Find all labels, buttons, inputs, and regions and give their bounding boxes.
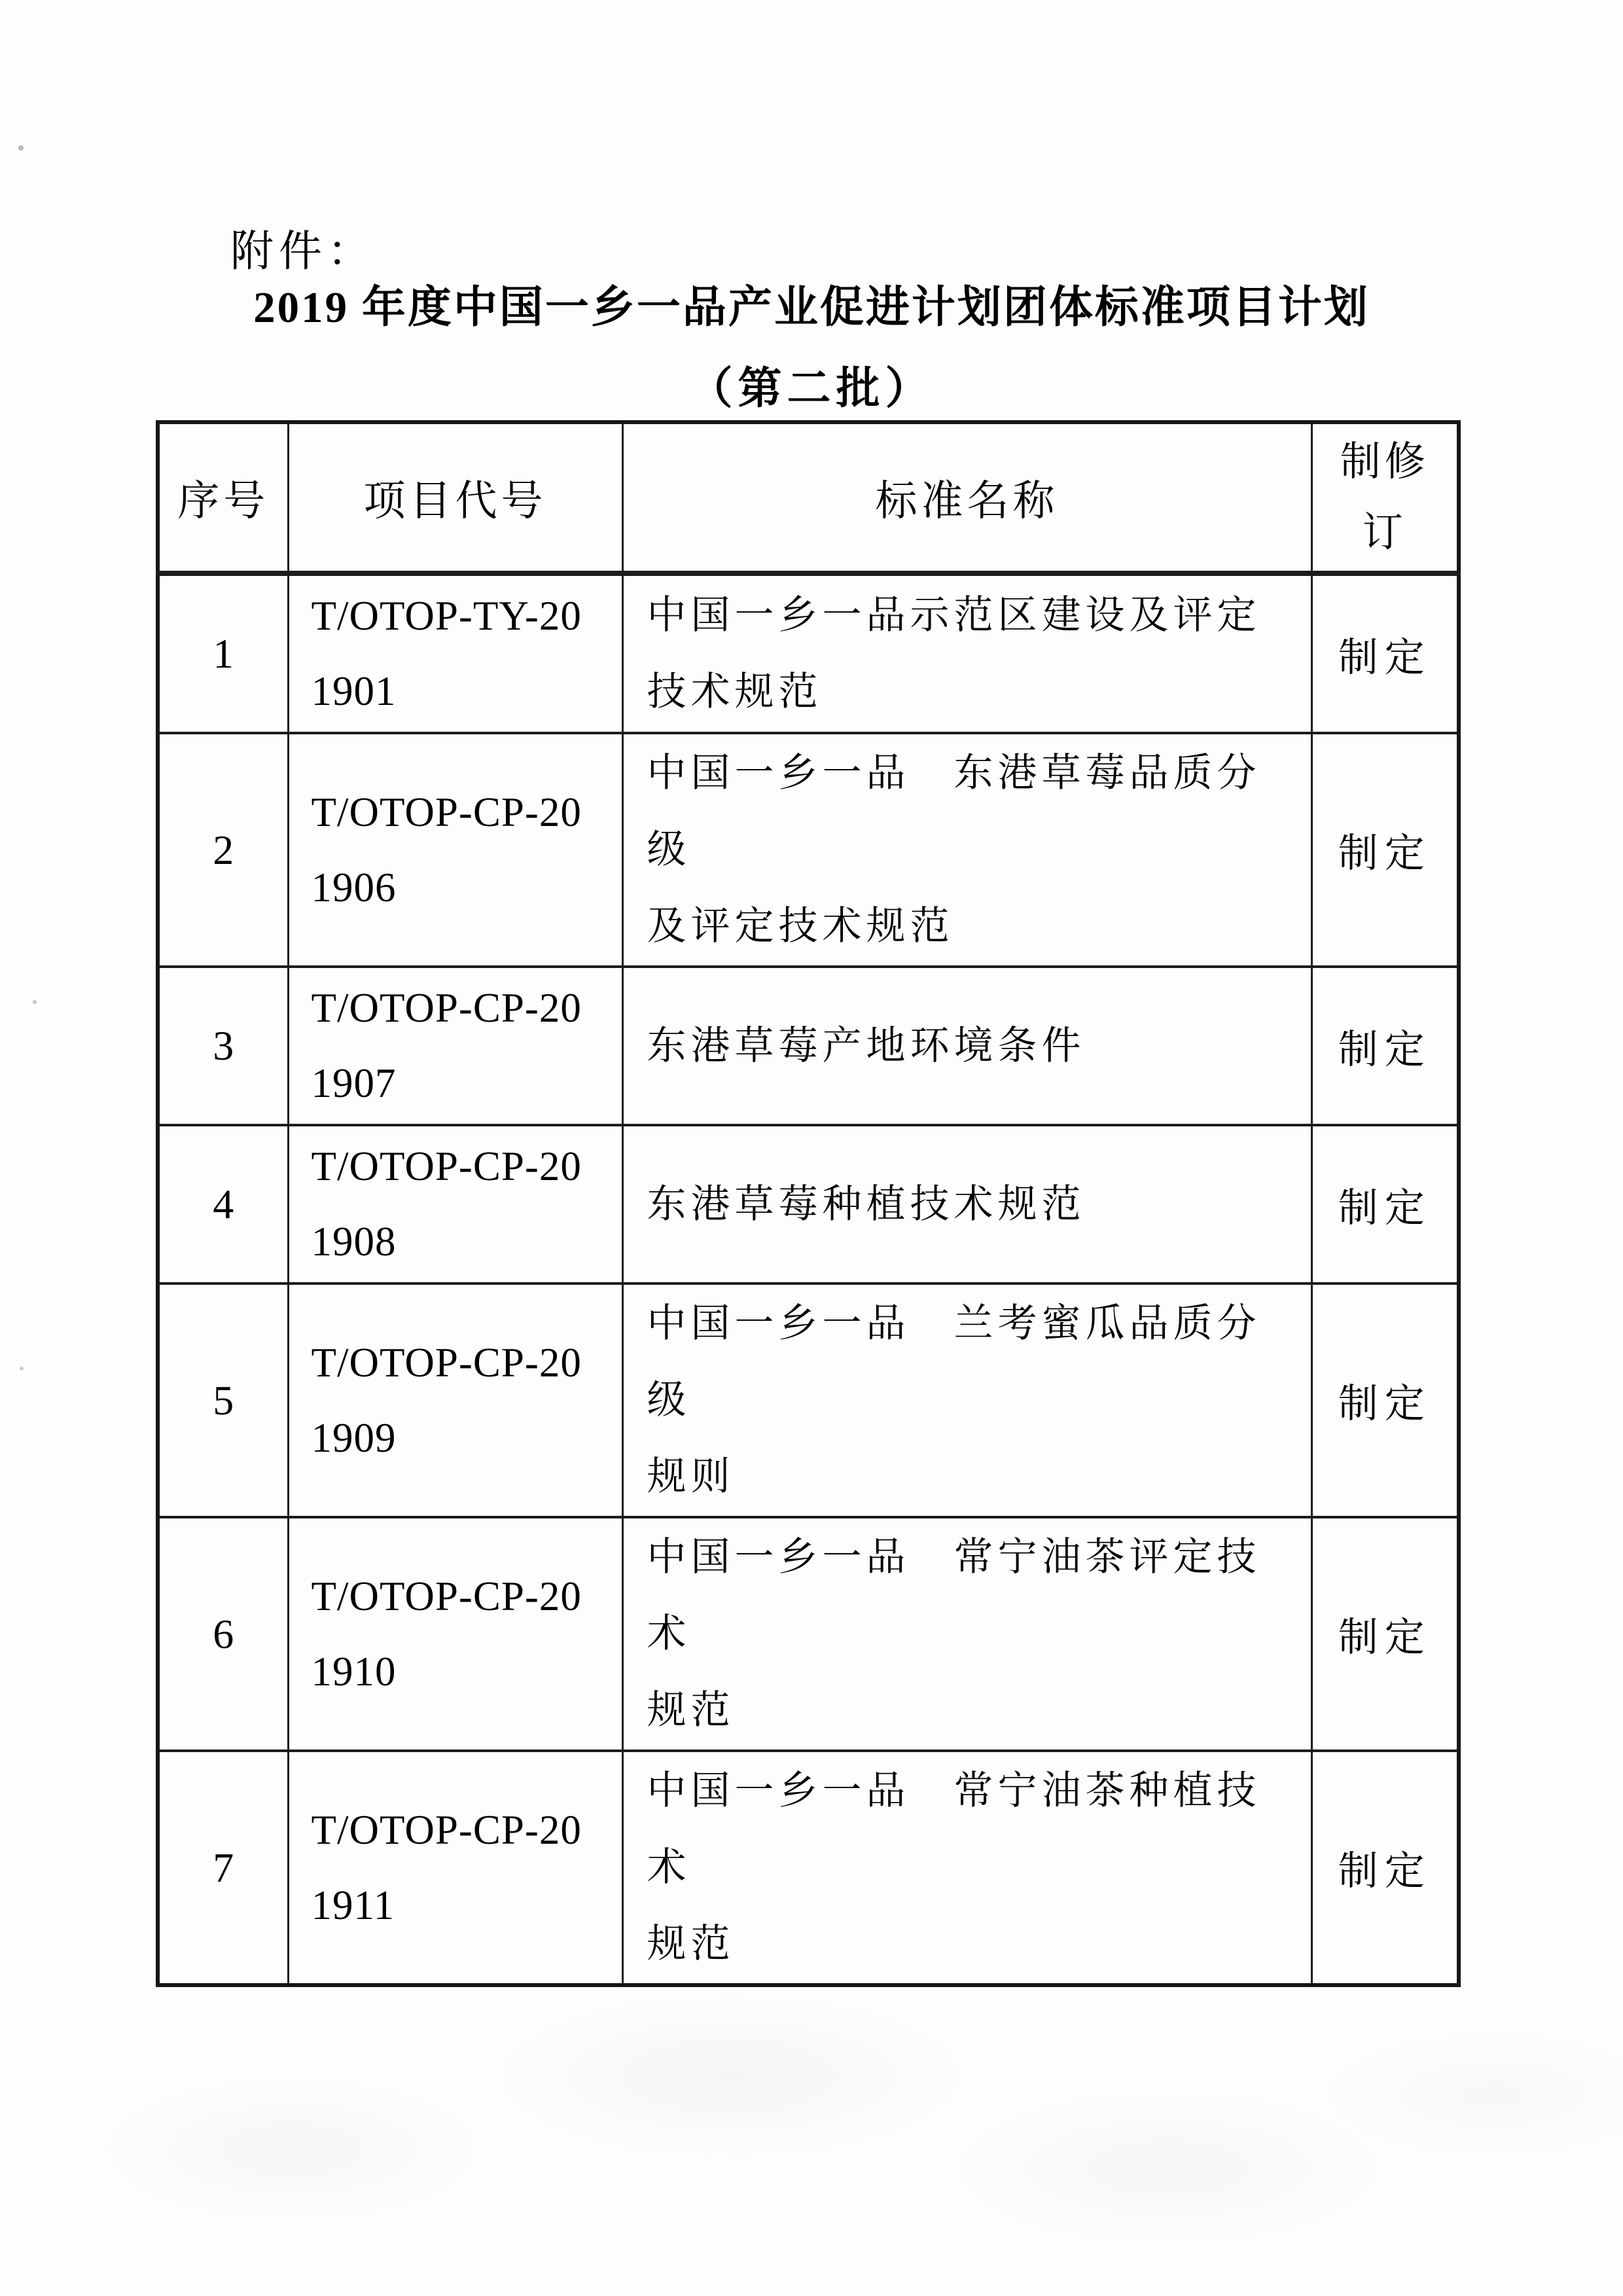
cell-project-code: T/OTOP-CP-20 1910: [288, 1517, 622, 1751]
document-subtitle: （第二批）: [0, 353, 1623, 416]
cell-project-code: T/OTOP-CP-20 1907: [288, 967, 622, 1125]
cell-revision-type: 制定: [1311, 1517, 1459, 1751]
cell-standard-name: 中国一乡一品 常宁油茶评定技术 规范: [622, 1517, 1311, 1751]
cell-index: 5: [158, 1283, 288, 1517]
header-standard-name: 标准名称: [622, 422, 1311, 573]
cell-index: 1: [158, 573, 288, 733]
cell-revision-type: 制定: [1311, 573, 1459, 733]
table-header-row: 序号 项目代号 标准名称 制修 订: [158, 422, 1459, 573]
cell-standard-name: 中国一乡一品示范区建设及评定 技术规范: [622, 573, 1311, 733]
cell-index: 4: [158, 1125, 288, 1283]
attachment-label: 附件：: [230, 216, 376, 278]
standards-table: 序号 项目代号 标准名称 制修 订 1 T/OTOP-TY-20 1901 中国…: [156, 420, 1461, 1987]
table-row: 2 T/OTOP-CP-20 1906 中国一乡一品 东港草莓品质分级 及评定技…: [158, 733, 1459, 967]
cell-project-code: T/OTOP-CP-20 1909: [288, 1283, 622, 1517]
cell-standard-name: 东港草莓种植技术规范: [622, 1125, 1311, 1283]
document-title: 2019 年度中国一乡一品产业促进计划团体标准项目计划: [0, 272, 1623, 335]
cell-index: 3: [158, 967, 288, 1125]
table-row: 5 T/OTOP-CP-20 1909 中国一乡一品 兰考蜜瓜品质分级 规则 制…: [158, 1283, 1459, 1517]
cell-project-code: T/OTOP-TY-20 1901: [288, 573, 622, 733]
table-row: 6 T/OTOP-CP-20 1910 中国一乡一品 常宁油茶评定技术 规范 制…: [158, 1517, 1459, 1751]
cell-standard-name: 东港草莓产地环境条件: [622, 967, 1311, 1125]
scan-noise: [0, 1929, 1623, 2296]
table-row: 1 T/OTOP-TY-20 1901 中国一乡一品示范区建设及评定 技术规范 …: [158, 573, 1459, 733]
scan-speck: [18, 145, 24, 151]
cell-revision-type: 制定: [1311, 1125, 1459, 1283]
cell-revision-type: 制定: [1311, 733, 1459, 967]
cell-standard-name: 中国一乡一品 东港草莓品质分级 及评定技术规范: [622, 733, 1311, 967]
header-index: 序号: [158, 422, 288, 573]
cell-project-code: T/OTOP-CP-20 1908: [288, 1125, 622, 1283]
document-page: 附件： 2019 年度中国一乡一品产业促进计划团体标准项目计划 （第二批） 序号…: [0, 0, 1623, 2296]
cell-index: 6: [158, 1517, 288, 1751]
table-row: 4 T/OTOP-CP-20 1908 东港草莓种植技术规范 制定: [158, 1125, 1459, 1283]
table-row: 3 T/OTOP-CP-20 1907 东港草莓产地环境条件 制定: [158, 967, 1459, 1125]
cell-revision-type: 制定: [1311, 1283, 1459, 1517]
scan-speck: [20, 1367, 24, 1371]
cell-project-code: T/OTOP-CP-20 1906: [288, 733, 622, 967]
cell-revision-type: 制定: [1311, 967, 1459, 1125]
header-revision-type: 制修 订: [1311, 422, 1459, 573]
scan-speck: [33, 1000, 37, 1004]
header-project-code: 项目代号: [288, 422, 622, 573]
cell-index: 2: [158, 733, 288, 967]
cell-standard-name: 中国一乡一品 兰考蜜瓜品质分级 规则: [622, 1283, 1311, 1517]
